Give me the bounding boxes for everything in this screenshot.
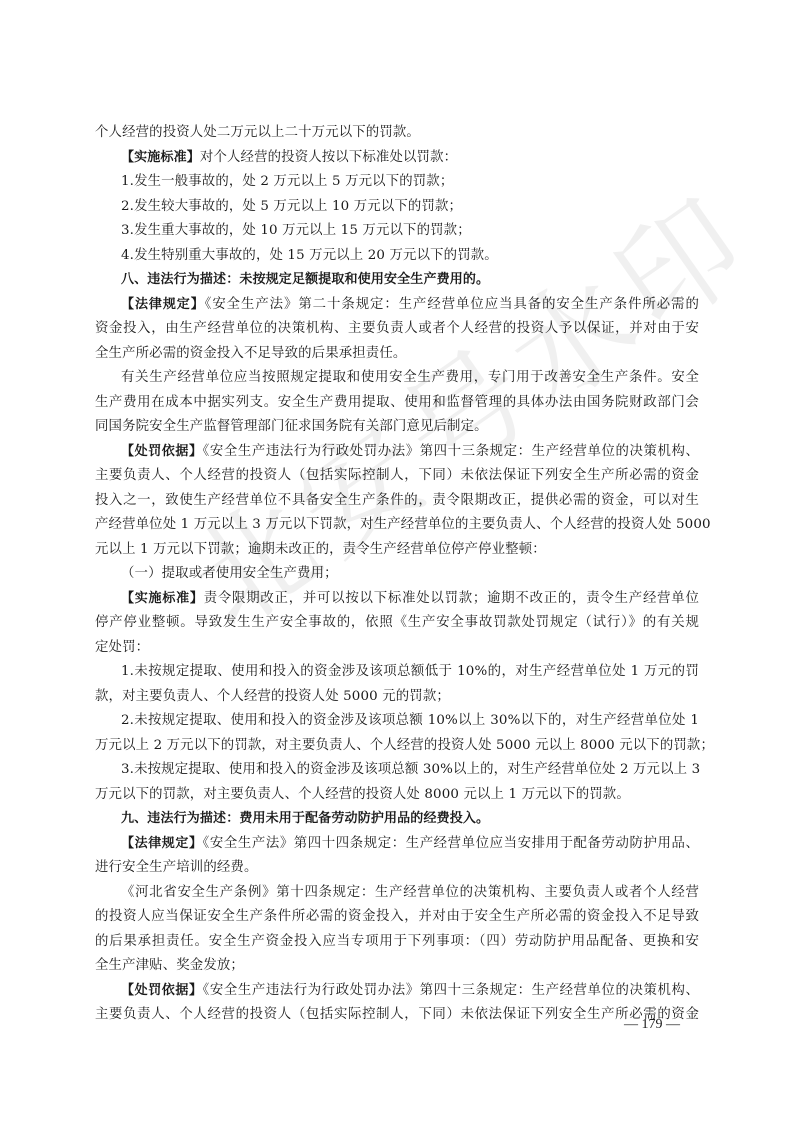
- text-line: 停产停业整顿。导致发生生产安全事故的，依照《生产安全事故罚款处罚规定（试行）》的…: [95, 611, 699, 636]
- page-number: — 179 —: [624, 1017, 680, 1033]
- line-text: 《安全生产法》第二十条规定：生产经营单位应当具备的安全生产条件所必需的: [205, 297, 699, 312]
- text-line: （一）提取或者使用安全生产费用；: [95, 562, 699, 587]
- line-text: 全生产所必需的资金投入不足导致的后果承担责任。: [95, 346, 406, 361]
- text-line: 主要负责人、个人经营的投资人（包括实际控制人，下同）未依法保证下列安全生产所必需…: [95, 1003, 699, 1028]
- bold-heading: 【实施标准】: [121, 591, 204, 606]
- line-text: （一）提取或者使用安全生产费用；: [121, 566, 338, 581]
- text-line: 【法律规定】《安全生产法》第四十四条规定：生产经营单位应当安排用于配备劳动防护用…: [95, 832, 699, 857]
- text-line: 有关生产经营单位应当按照规定提取和使用安全生产费用，专门用于改善安全生产条件。安…: [95, 366, 699, 391]
- text-line: 同国务院安全生产监督管理部门征求国务院有关部门意见后制定。: [95, 415, 699, 440]
- line-text: 同国务院安全生产监督管理部门征求国务院有关部门意见后制定。: [95, 419, 488, 434]
- text-line: 生产费用在成本中据实列支。安全生产费用提取、使用和监督管理的具体办法由国务院财政…: [95, 391, 699, 416]
- line-text: 停产停业整顿。导致发生生产安全事故的，依照《生产安全事故罚款处罚规定（试行）》的…: [95, 615, 699, 630]
- line-text: 《安全生产法》第四十四条规定：生产经营单位应当安排用于配备劳动防护用品、: [203, 836, 699, 851]
- bold-heading: 【法律规定】: [121, 836, 203, 851]
- bold-heading: 【处罚依据】: [121, 983, 203, 998]
- text-line: 的后果承担责任。安全生产资金投入应当专项用于下列事项：（四）劳动防护用品配备、更…: [95, 930, 699, 955]
- text-line: 1.未按规定提取、使用和投入的资金涉及该项总额低于 10%的，对生产经营单位处 …: [95, 660, 699, 685]
- document-body: 个人经营的投资人处二万元以上二十万元以下的罚款。【实施标准】对个人经营的投资人按…: [95, 121, 699, 1028]
- text-line: 进行安全生产培训的经费。: [95, 856, 699, 881]
- line-text: 个人经营的投资人处二万元以上二十万元以下的罚款。: [95, 125, 420, 140]
- line-text: 1.未按规定提取、使用和投入的资金涉及该项总额低于 10%的，对生产经营单位处 …: [121, 664, 699, 679]
- line-text: 生产费用在成本中据实列支。安全生产费用提取、使用和监督管理的具体办法由国务院财政…: [95, 395, 699, 410]
- line-text: 2.未按规定提取、使用和投入的资金涉及该项总额 10%以上 30%以下的，对生产…: [121, 713, 699, 728]
- text-line: 【实施标准】对个人经营的投资人按以下标准处以罚款：: [95, 146, 699, 171]
- text-line: 1.发生一般事故的，处 2 万元以上 5 万元以下的罚款；: [95, 170, 699, 195]
- line-text: 万元以下的罚款，对主要负责人、个人经营的投资人处 8000 元以上 1 万元以下…: [95, 787, 630, 802]
- text-line: 款，对主要负责人、个人经营的投资人处 5000 元的罚款；: [95, 685, 699, 710]
- text-line: 《河北省安全生产条例》第十四条规定：生产经营单位的决策机构、主要负责人或者个人经…: [95, 881, 699, 906]
- line-text: 投入之一，致使生产经营单位不具备安全生产条件的，责令限期改正，提供必需的资金，可…: [95, 493, 699, 508]
- line-text: 产经营单位处 1 万元以上 3 万元以下罚款，对生产经营单位的主要负责人、个人经…: [95, 517, 711, 532]
- text-line: 资金投入，由生产经营单位的决策机构、主要负责人或者个人经营的投资人予以保证，并对…: [95, 317, 699, 342]
- text-line: 八、违法行为描述：未按规定足额提取和使用安全生产费用的。: [95, 268, 699, 293]
- line-text: 3.发生重大事故的，处 10 万元以上 15 万元以下的罚款；: [121, 223, 471, 238]
- bold-heading: 九、违法行为描述：费用未用于配备劳动防护用品的经费投入。: [121, 811, 489, 826]
- text-line: 元以上 1 万元以下罚款；逾期未改正的，责令生产经营单位停产停业整顿：: [95, 538, 699, 563]
- line-text: 主要负责人、个人经营的投资人（包括实际控制人，下同）未依法保证下列安全生产所必需…: [95, 468, 699, 483]
- line-text: 元以上 1 万元以下罚款；逾期未改正的，责令生产经营单位停产停业整顿：: [95, 542, 546, 557]
- line-text: 《河北省安全生产条例》第十四条规定：生产经营单位的决策机构、主要负责人或者个人经…: [121, 885, 699, 900]
- line-text: 万元以上 2 万元以下的罚款，对主要负责人、个人经营的投资人处 5000 元以上…: [95, 738, 714, 753]
- line-text: 的投资人应当保证安全生产条件所必需的资金投入，并对由于安全生产所必需的资金投入不…: [95, 909, 699, 924]
- bold-heading: 【处罚依据】: [121, 444, 203, 459]
- text-line: 4.发生特别重大事故的，处 15 万元以上 20 万元以下的罚款。: [95, 244, 699, 269]
- text-line: 【实施标准】责令限期改正，并可以按以下标准处以罚款；逾期不改正的，责令生产经营单…: [95, 587, 699, 612]
- text-line: 万元以下的罚款，对主要负责人、个人经营的投资人处 8000 元以上 1 万元以下…: [95, 783, 699, 808]
- line-text: 3.未按规定提取、使用和投入的资金涉及该项总额 30%以上的，对生产经营单位处 …: [121, 762, 700, 777]
- bold-heading: 八、违法行为描述：未按规定足额提取和使用安全生产费用的。: [121, 272, 489, 287]
- text-line: 的投资人应当保证安全生产条件所必需的资金投入，并对由于安全生产所必需的资金投入不…: [95, 905, 699, 930]
- line-text: 进行安全生产培训的经费。: [95, 860, 258, 875]
- line-text: 责令限期改正，并可以按以下标准处以罚款；逾期不改正的，责令生产经营单位: [204, 591, 699, 606]
- bold-heading: 【实施标准】: [121, 150, 200, 165]
- text-line: 【处罚依据】《安全生产违法行为行政处罚办法》第四十三条规定：生产经营单位的决策机…: [95, 979, 699, 1004]
- text-line: 2.发生较大事故的，处 5 万元以上 10 万元以下的罚款；: [95, 195, 699, 220]
- line-text: 的后果承担责任。安全生产资金投入应当专项用于下列事项：（四）劳动防护用品配备、更…: [95, 934, 699, 949]
- text-line: 3.发生重大事故的，处 10 万元以上 15 万元以下的罚款；: [95, 219, 699, 244]
- text-line: 九、违法行为描述：费用未用于配备劳动防护用品的经费投入。: [95, 807, 699, 832]
- text-line: 【处罚依据】《安全生产违法行为行政处罚办法》第四十三条规定：生产经营单位的决策机…: [95, 440, 699, 465]
- text-line: 个人经营的投资人处二万元以上二十万元以下的罚款。: [95, 121, 699, 146]
- line-text: 款，对主要负责人、个人经营的投资人处 5000 元的罚款；: [95, 689, 450, 704]
- line-text: 1.发生一般事故的，处 2 万元以上 5 万元以下的罚款；: [121, 174, 453, 189]
- bold-heading: 【法律规定】: [121, 297, 205, 312]
- line-text: 有关生产经营单位应当按照规定提取和使用安全生产费用，专门用于改善安全生产条件。安…: [121, 370, 699, 385]
- text-line: 主要负责人、个人经营的投资人（包括实际控制人，下同）未依法保证下列安全生产所必需…: [95, 464, 699, 489]
- text-line: 3.未按规定提取、使用和投入的资金涉及该项总额 30%以上的，对生产经营单位处 …: [95, 758, 699, 783]
- line-text: 4.发生特别重大事故的，处 15 万元以上 20 万元以下的罚款。: [121, 248, 498, 263]
- line-text: 2.发生较大事故的，处 5 万元以上 10 万元以下的罚款；: [121, 199, 462, 214]
- text-line: 2.未按规定提取、使用和投入的资金涉及该项总额 10%以上 30%以下的，对生产…: [95, 709, 699, 734]
- line-text: 资金投入，由生产经营单位的决策机构、主要负责人或者个人经营的投资人予以保证，并对…: [95, 321, 699, 336]
- line-text: 主要负责人、个人经营的投资人（包括实际控制人，下同）未依法保证下列安全生产所必需…: [95, 1007, 699, 1022]
- text-line: 【法律规定】《安全生产法》第二十条规定：生产经营单位应当具备的安全生产条件所必需…: [95, 293, 699, 318]
- line-text: 《安全生产违法行为行政处罚办法》第四十三条规定：生产经营单位的决策机构、: [203, 444, 699, 459]
- text-line: 产经营单位处 1 万元以上 3 万元以下罚款，对生产经营单位的主要负责人、个人经…: [95, 513, 699, 538]
- text-line: 全生产所必需的资金投入不足导致的后果承担责任。: [95, 342, 699, 367]
- text-line: 全生产津贴、奖金发放；: [95, 954, 699, 979]
- line-text: 定处罚：: [95, 640, 149, 655]
- text-line: 定处罚：: [95, 636, 699, 661]
- line-text: 对个人经营的投资人按以下标准处以罚款：: [200, 150, 457, 165]
- line-text: 全生产津贴、奖金发放；: [95, 958, 244, 973]
- text-line: 万元以上 2 万元以下的罚款，对主要负责人、个人经营的投资人处 5000 元以上…: [95, 734, 699, 759]
- line-text: 《安全生产违法行为行政处罚办法》第四十三条规定：生产经营单位的决策机构、: [203, 983, 699, 998]
- text-line: 投入之一，致使生产经营单位不具备安全生产条件的，责令限期改正，提供必需的资金，可…: [95, 489, 699, 514]
